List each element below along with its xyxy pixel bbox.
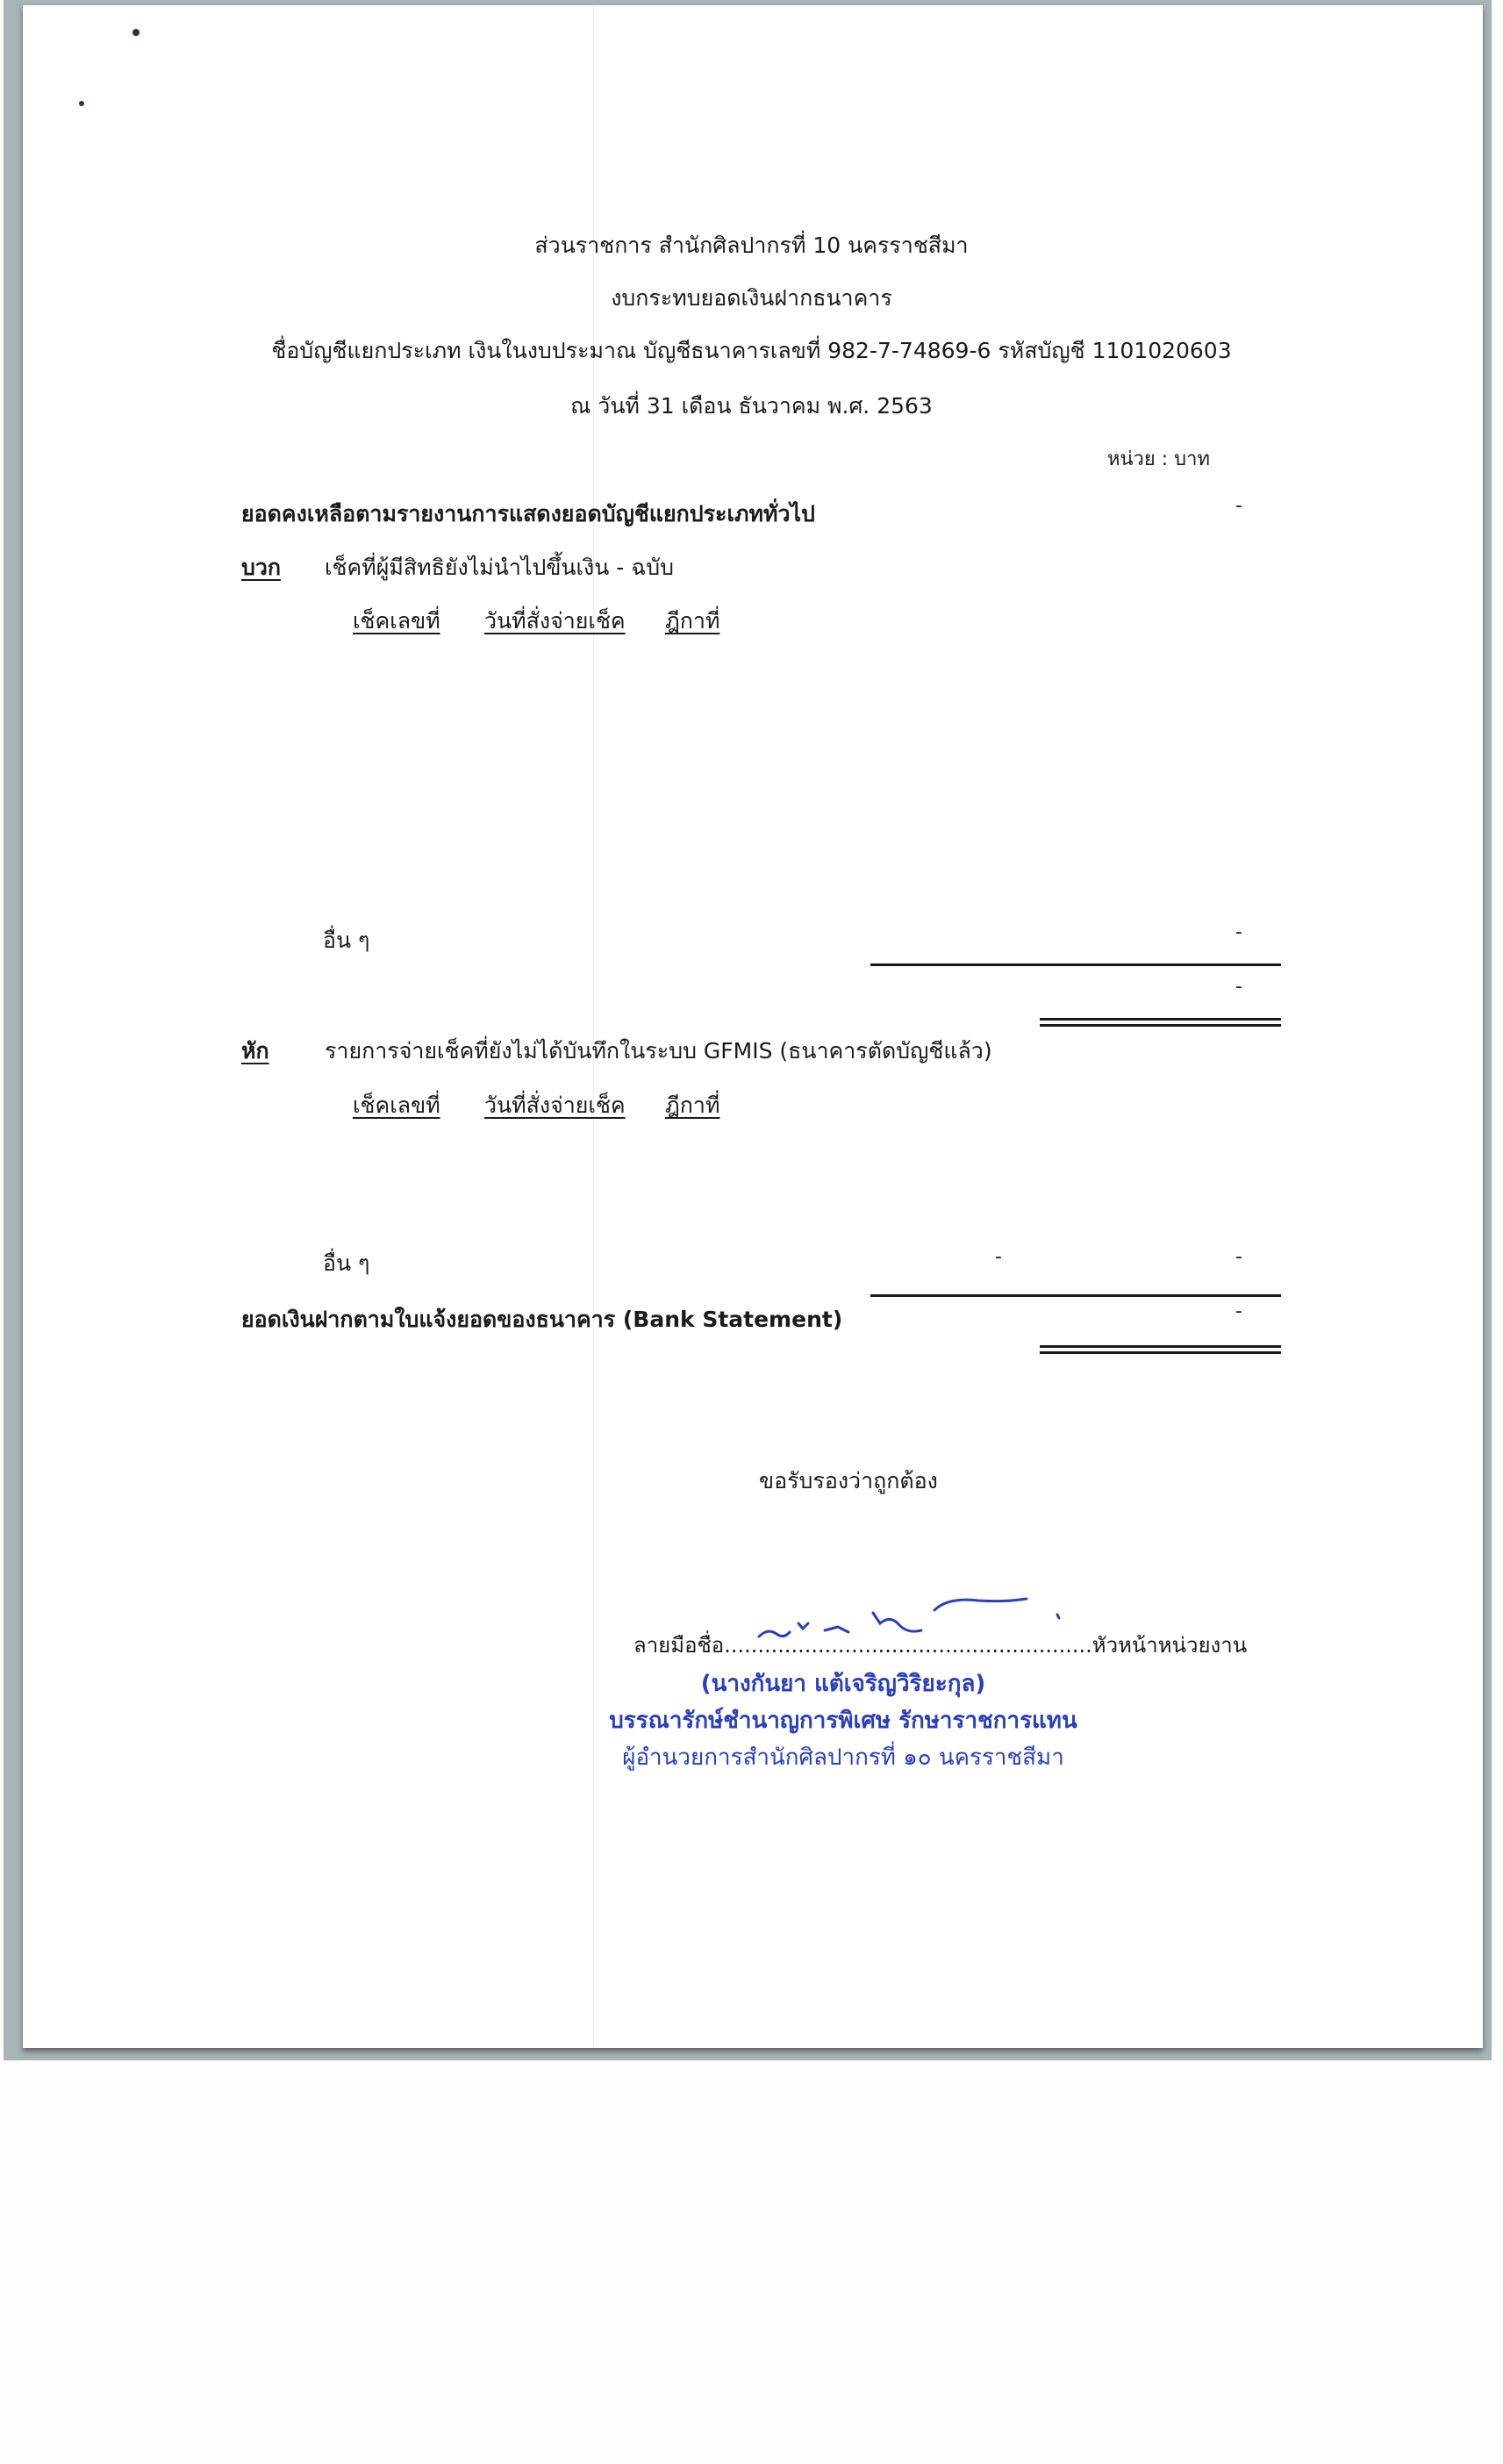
gl-balance-label: ยอดคงเหลือตามรายงานการแสดงยอดบัญชีแยกประ…: [241, 497, 815, 532]
account-line: ชื่อบัญชีแยกประเภท เงินในงบประมาณ บัญชีธ…: [0, 333, 1503, 369]
total-double-rule: [1040, 1345, 1281, 1354]
bank-statement-label: ยอดเงินฝากตามใบแจ้งยอดของธนาคาร (Bank St…: [241, 1302, 842, 1337]
signature-prefix: ลายมือชื่อ: [633, 1633, 724, 1658]
deduct-other-value-1: -: [995, 1246, 1002, 1268]
certification-text: ขอรับรองว่าถูกต้อง: [759, 1464, 938, 1499]
add-other-label: อื่น ๆ: [323, 923, 369, 958]
signer-name: (นางกันยา แต้เจริญวิริยะกุล): [0, 1665, 1503, 1701]
unit-label: หน่วย : บาท: [1107, 443, 1210, 474]
deduct-description: รายการจ่ายเช็คที่ยังไม่ได้บันทึกในระบบ G…: [325, 1034, 992, 1069]
add-subtotal-value: -: [1235, 976, 1242, 998]
deduct-other-label: อื่น ๆ: [323, 1246, 369, 1281]
signature-line: ลายมือชื่อ..............................…: [633, 1628, 1247, 1662]
deduct-col-cheque-no: เช็คเลขที่: [353, 1088, 440, 1123]
signer-office: ผู้อำนวยการสำนักศิลปากรที่ ๑๐ นครราชสีมา: [0, 1739, 1503, 1775]
agency-title: ส่วนราชการ สำนักศิลปากรที่ 10 นครราชสีมา: [0, 228, 1503, 263]
add-other-value: -: [1235, 921, 1242, 943]
gl-balance-value: -: [1235, 495, 1242, 517]
signature-dots: ........................................…: [724, 1633, 1092, 1658]
subtotal-rule: [870, 1294, 1281, 1297]
subtotal-rule: [870, 963, 1281, 966]
signer-position: บรรณารักษ์ชำนาญการพิเศษ รักษาราชการแทน: [0, 1702, 1503, 1738]
speck: [79, 101, 84, 106]
speck: [132, 29, 140, 36]
total-double-rule: [1040, 1018, 1281, 1027]
add-description: เช็คที่ผู้มีสิทธิยังไม่นำไปขึ้นเงิน - ฉบ…: [325, 550, 674, 585]
add-col-cheque-no: เช็คเลขที่: [353, 604, 440, 639]
document-title: งบกระทบยอดเงินฝากธนาคาร: [0, 281, 1503, 316]
deduct-other-value-2: -: [1235, 1246, 1242, 1268]
bank-statement-value: -: [1235, 1300, 1242, 1322]
deduct-col-voucher-no: ฎีกาที่: [665, 1088, 719, 1123]
deduct-label: หัก: [241, 1034, 269, 1069]
add-col-cheque-date: วันที่สั่งจ่ายเช็ค: [484, 604, 626, 639]
deduct-col-cheque-date: วันที่สั่งจ่ายเช็ค: [484, 1088, 626, 1123]
add-label: บวก: [241, 550, 281, 585]
signature-suffix: หัวหน้าหน่วยงาน: [1092, 1633, 1247, 1658]
add-col-voucher-no: ฎีกาที่: [665, 604, 719, 639]
date-line: ณ วันที่ 31 เดือน ธันวาคม พ.ศ. 2563: [0, 389, 1503, 424]
